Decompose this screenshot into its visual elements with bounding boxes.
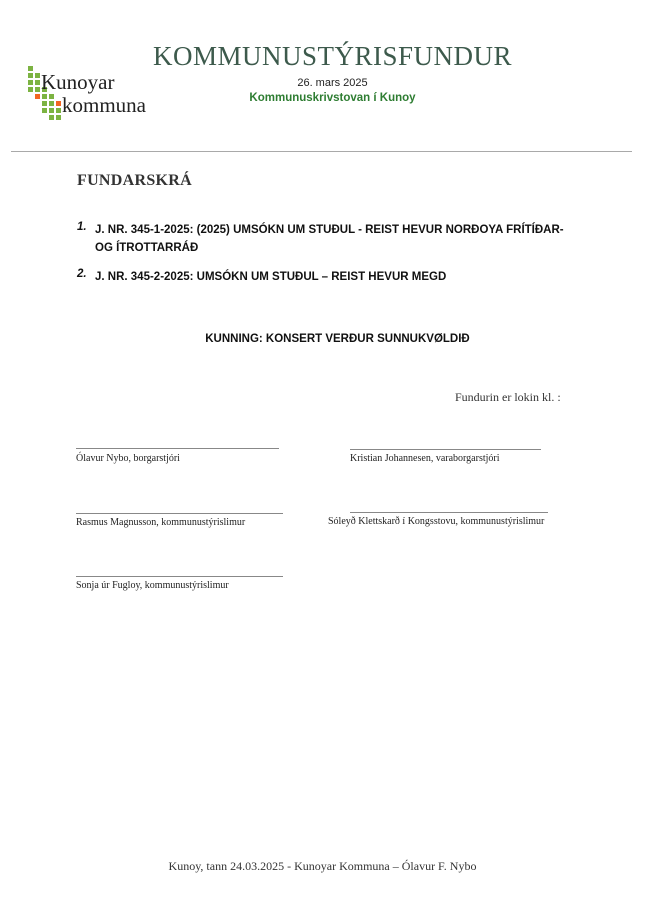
agenda-item-number: 2. (77, 268, 87, 280)
meeting-date: 26. mars 2025 (0, 77, 645, 89)
signature-line (350, 449, 541, 450)
closing-time: Fundurin er lokin kl. : (455, 390, 561, 405)
signature-line (76, 576, 283, 577)
signature-label: Rasmus Magnusson, kommunustýrislimur (76, 517, 245, 528)
signature-label: Sonja úr Fugloy, kommunustýrislimur (76, 580, 229, 591)
agenda-item-number: 1. (77, 221, 87, 233)
document-footer: Kunoy, tann 24.03.2025 - Kunoyar Kommuna… (0, 859, 645, 874)
agenda-item-text: J. NR. 345-1-2025: (2025) UMSÓKN UM STUÐ… (95, 221, 575, 257)
notice: KUNNING: KONSERT VERÐUR SUNNUKVØLDIÐ (0, 333, 645, 345)
header-divider (11, 151, 632, 152)
signature-line (76, 513, 283, 514)
signature-label: Ólavur Nybo, borgarstjóri (76, 453, 180, 464)
document-title: KOMMUNUSTÝRISFUNDUR (0, 41, 645, 72)
signature-line (350, 512, 548, 513)
signature-line (76, 448, 279, 449)
agenda-heading: FUNDARSKRÁ (77, 172, 192, 190)
signature-label: Kristian Johannesen, varaborgarstjóri (350, 453, 500, 464)
signature-label: Sóleyð Klettskarð í Kongsstovu, kommunus… (328, 516, 544, 527)
meeting-location: Kommunuskrivstovan í Kunoy (0, 92, 645, 104)
agenda-item-text: J. NR. 345-2-2025: UMSÓKN UM STUÐUL – RE… (95, 268, 575, 286)
